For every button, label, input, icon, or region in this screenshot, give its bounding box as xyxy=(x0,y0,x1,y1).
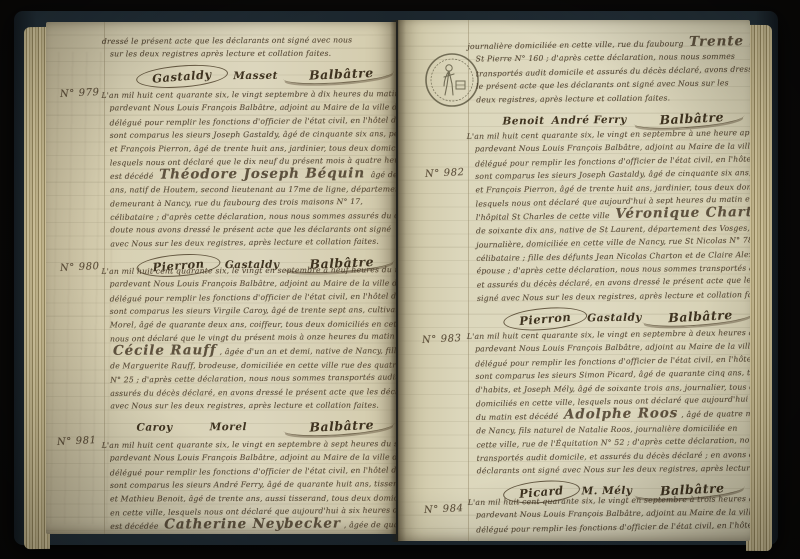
manuscript-line: sont comparus les sieurs André Ferry, âg… xyxy=(110,477,396,492)
manuscript-line: avec Nous sur les deux registres, après … xyxy=(110,235,396,251)
entry-978-closing: dressé le présent acte que les déclarant… xyxy=(110,33,396,89)
signature: Balbâtre xyxy=(283,65,394,87)
entry-979: L'an mil huit cent quarante six, le ving… xyxy=(109,87,396,278)
manuscript-line: sur les deux registres après lecture et … xyxy=(110,47,396,61)
ink-bleedthrough xyxy=(50,52,112,524)
manuscript-line: avec Nous sur les deux registres, après … xyxy=(110,399,396,413)
signatures-row: GastaldyMassetBalbâtre xyxy=(110,63,396,89)
entry-982: L'an mil huit cent quarante six, le ving… xyxy=(475,126,750,332)
entry-number-984: N° 984 xyxy=(424,503,464,516)
manuscript-line: est décédée Catherine Neybecker, âgée de… xyxy=(110,518,396,534)
entry-983: L'an mil huit cent quarante six, le ving… xyxy=(475,326,749,505)
entry-984: L'an mil huit cent quarante six, le ving… xyxy=(476,492,749,536)
manuscript-line: Cécile Rauff, âgée d'un an et demi, nati… xyxy=(110,344,396,360)
signature: Balbâtre xyxy=(284,416,395,438)
signature: Balbâtre xyxy=(642,306,750,328)
register-book: N° 979 N° 980 N° 981 dressé le présent a… xyxy=(14,11,778,545)
entry-number-979: N° 979 xyxy=(60,87,100,100)
entry-number-981: N° 981 xyxy=(57,435,97,448)
manuscript-line: native de Nancy, fille naturelle de Cath… xyxy=(110,532,396,534)
entry-number-983: N° 983 xyxy=(422,333,462,346)
manuscript-line: signé avec Nous sur les deux registres, … xyxy=(477,288,749,305)
signature: Benoit xyxy=(502,115,544,128)
signature: Caroy xyxy=(136,422,172,434)
manuscript-line: célibataire ; d'après cette déclaration,… xyxy=(110,209,396,224)
highlighted-name: Véronique Charton xyxy=(612,204,750,222)
left-page: N° 979 N° 980 N° 981 dressé le présent a… xyxy=(46,22,396,534)
signature: Masset xyxy=(233,70,278,82)
signature: Gastaldy xyxy=(587,312,642,325)
manuscript-line: est décédé Théodore Joseph Béquin âgé de… xyxy=(110,168,396,184)
manuscript-line: déclarants ont signé avec Nous sur les d… xyxy=(477,462,749,478)
manuscript-line: sont comparus les sieurs Virgile Caroy, … xyxy=(110,303,396,318)
highlighted-name: Trente Sept xyxy=(686,33,750,50)
right-page: N° 982 N° 983 N° 984 journalière domicil… xyxy=(398,20,750,541)
entry-981-continuation: journalière domiciliée en cette ville, r… xyxy=(475,35,748,134)
manuscript-line: sont comparus les sieurs Joseph Gastaldy… xyxy=(110,127,396,142)
entry-number-982: N° 982 xyxy=(425,167,465,180)
signature: Gastaldy xyxy=(135,62,228,91)
highlighted-name: Théodore Joseph Béquin xyxy=(156,166,368,183)
manuscript-line: assurés du décès déclaré, en avons dress… xyxy=(110,385,396,400)
highlighted-name: Adolphe Roos xyxy=(561,405,681,423)
manuscript-line: deux registres, après lecture et collati… xyxy=(476,90,748,106)
entry-981: L'an mil huit cent quarante six, le ving… xyxy=(110,437,396,534)
highlighted-name: Cécile Rauff xyxy=(110,343,220,360)
seal-stamp-icon xyxy=(423,51,481,109)
signature: André Ferry xyxy=(552,114,627,127)
signature: Morel xyxy=(210,422,247,434)
entry-number-980: N° 980 xyxy=(60,261,100,274)
highlighted-name: Catherine Neybecker xyxy=(161,516,344,533)
entry-980: L'an mil huit cent quarante six, le ving… xyxy=(109,263,396,440)
